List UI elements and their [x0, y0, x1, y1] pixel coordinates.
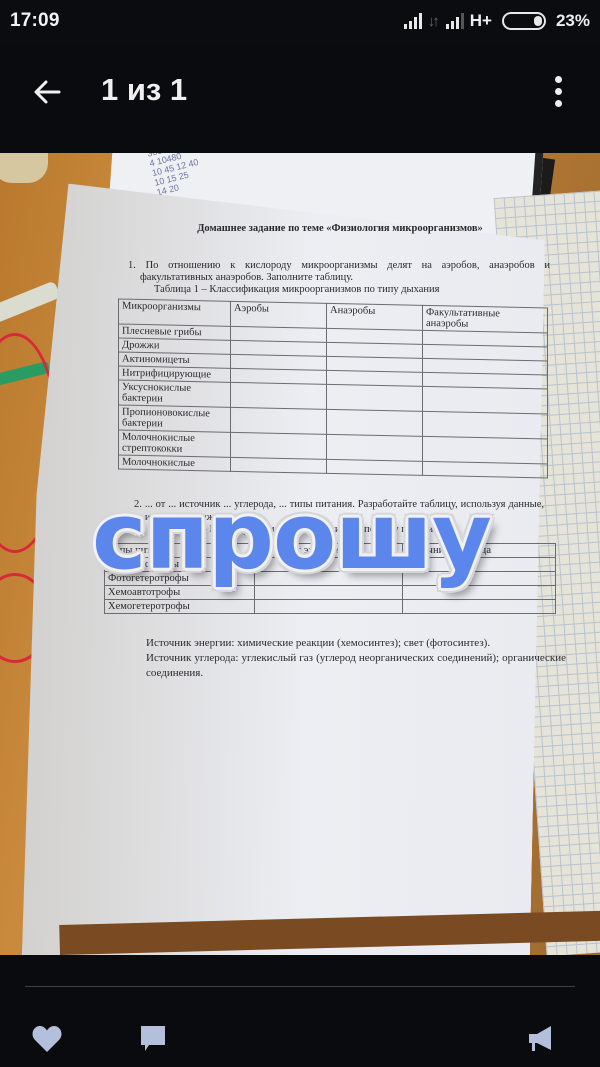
divider [25, 986, 575, 987]
heart-icon [31, 1024, 63, 1054]
megaphone-icon [526, 1024, 556, 1054]
bottom-action-bar [0, 955, 600, 1067]
app-bar: 1 из 1 [0, 45, 600, 153]
question-1: 1. По отношению к кислороду микроорганиз… [110, 260, 550, 284]
report-button[interactable] [521, 1019, 561, 1059]
handwritten-notes: 363 4 10480 10 45 12 40 10 15 25 14 20 [146, 153, 204, 197]
note-carbon: Источник углерода: углекислый газ (углер… [146, 651, 566, 681]
status-bar: 17:09 ↓↑ H+ 23% [0, 0, 600, 45]
arrow-left-icon [32, 77, 62, 107]
comment-icon [139, 1024, 167, 1054]
document: Домашнее задание по теме «Физиология мик… [110, 223, 550, 681]
document-title: Домашнее задание по теме «Физиология мик… [130, 223, 550, 234]
comment-button[interactable] [133, 1019, 173, 1059]
network-type: H+ [470, 11, 492, 31]
back-button[interactable] [26, 71, 68, 113]
table-row: Хемогетеротрофы [105, 600, 556, 614]
cup-decor [0, 153, 48, 183]
overlay-caption: спрошу [92, 483, 491, 590]
notes: Источник энергии: химические реакции (хе… [146, 636, 566, 681]
status-time: 17:09 [10, 10, 60, 32]
battery-percent: 23% [556, 11, 590, 31]
like-button[interactable] [27, 1019, 67, 1059]
data-arrows-icon: ↓↑ [428, 13, 437, 30]
signal-icon [446, 13, 464, 29]
photo-viewer[interactable]: 363 4 10480 10 45 12 40 10 15 25 14 20 Д… [0, 153, 600, 955]
table-1: Микроорганизмы Аэробы Анаэробы Факультат… [118, 298, 548, 478]
pen-decor [0, 281, 61, 324]
battery-icon [502, 12, 546, 30]
more-vertical-icon [555, 76, 562, 83]
status-icons: ↓↑ H+ 23% [404, 10, 590, 32]
more-options-button[interactable] [538, 69, 578, 113]
page-counter: 1 из 1 [101, 72, 187, 108]
table-1-caption: Таблица 1 – Классификация микроорганизмо… [110, 284, 550, 295]
note-energy: Источник энергии: химические реакции (хе… [146, 636, 566, 651]
signal-icon [404, 13, 422, 29]
